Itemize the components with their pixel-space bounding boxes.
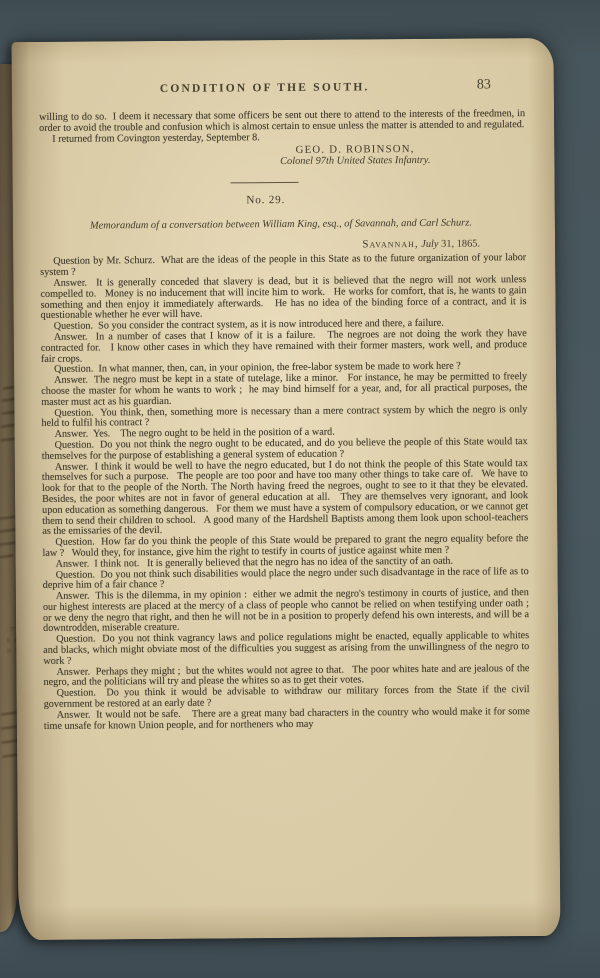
dateline-place: Savannah, [362, 238, 418, 250]
scanned-book-photo: September 8. THOMAF. and L.N. E. L CONDI… [0, 0, 600, 978]
section-divider [231, 182, 299, 184]
qa-paragraph: Question. Do you not think vagrancy laws… [43, 631, 529, 667]
intro-paragraph: I returned from Covington yesterday, Sep… [39, 131, 525, 146]
qa-paragraph: Answer. I think it would be well to have… [42, 459, 529, 538]
section-heading: Memorandum of a conversation between Wil… [40, 218, 522, 233]
intro-paragraph: willing to do so. I deem it necessary th… [39, 109, 525, 134]
qa-paragraph: Answer. It would not be safe. There are … [44, 707, 530, 732]
dateline: Savannah, July 31, 1865. [40, 237, 526, 253]
qa-paragraphs: Question by Mr. Schurz. What are the ide… [40, 253, 530, 732]
qa-paragraph: Answer. This is the dilemma, in my opini… [43, 588, 529, 635]
dateline-rest: 31, 1865. [438, 239, 480, 250]
signature-title: Colonel 97th United States Infantry. [280, 155, 430, 167]
running-head: CONDITION OF THE SOUTH. 83 [39, 80, 525, 100]
section-number: No. 29. [40, 193, 492, 209]
document-page: CONDITION OF THE SOUTH. 83 willing to do… [11, 38, 560, 940]
qa-paragraph: Answer. The negro must be kept in a stat… [41, 372, 527, 408]
page-content: CONDITION OF THE SOUTH. 83 willing to do… [39, 80, 530, 732]
qa-paragraph: Answer. It is generally conceded that sl… [40, 275, 526, 322]
signature-block: GEO. D. ROBINSON, Colonel 97th United St… [280, 143, 431, 167]
intro-paragraphs: willing to do so. I deem it necessary th… [39, 109, 525, 145]
dateline-month: July [419, 239, 439, 250]
page-title: CONDITION OF THE SOUTH. [160, 81, 370, 95]
page-number: 83 [477, 77, 491, 93]
